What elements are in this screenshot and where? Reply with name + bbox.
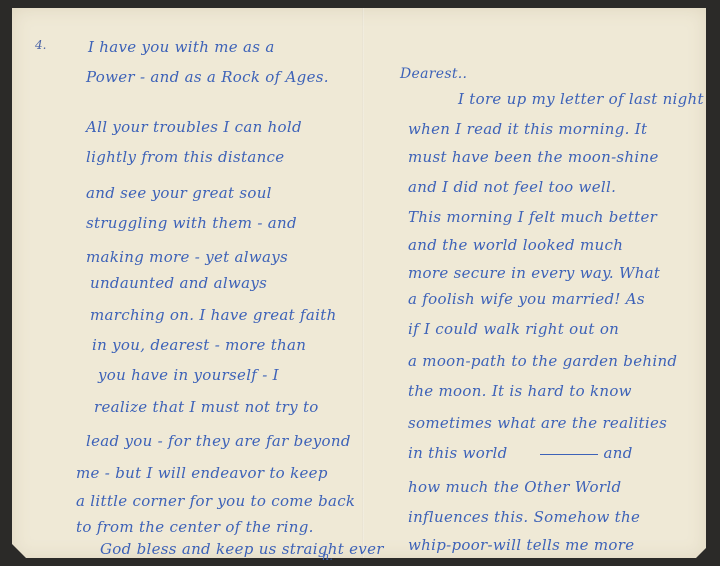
handwritten-line: n. xyxy=(322,550,333,563)
right-page: Dearest.. I tore up my letter of last ni… xyxy=(364,8,706,558)
handwritten-line: to from the center of the ring. xyxy=(76,518,314,536)
handwritten-line: in this worldand xyxy=(408,444,633,462)
handwritten-line: All your troubles I can hold xyxy=(86,118,302,136)
handwritten-line: more secure in every way. What xyxy=(408,264,660,282)
handwritten-line: and the world looked much xyxy=(408,236,623,254)
salutation: Dearest.. xyxy=(400,66,467,82)
handwritten-line: I have you with me as a xyxy=(88,38,275,56)
line-text: in this world xyxy=(408,444,508,462)
handwritten-line: undaunted and always xyxy=(90,274,267,292)
handwritten-line: lightly from this distance xyxy=(86,148,284,166)
handwritten-line: God bless and keep us straight ever xyxy=(100,540,384,558)
handwritten-line: you have in yourself - I xyxy=(98,366,279,384)
handwritten-line: in you, dearest - more than xyxy=(92,336,306,354)
clipped-corner xyxy=(696,548,706,558)
handwritten-line: This morning I felt much better xyxy=(408,208,657,226)
handwritten-line: realize that I must not try to xyxy=(94,398,319,416)
handwritten-line: marching on. I have great faith xyxy=(90,306,337,324)
handwritten-line: the moon. It is hard to know xyxy=(408,382,632,400)
handwritten-line: influences this. Somehow the xyxy=(408,508,640,526)
handwritten-line: and see your great soul xyxy=(86,184,272,202)
handwritten-line: and I did not feel too well. xyxy=(408,178,616,196)
handwritten-line: a little corner for you to come back xyxy=(76,492,355,510)
handwritten-line: making more - yet always xyxy=(86,248,288,266)
handwritten-line: me - but I will endeavor to keep xyxy=(76,464,328,482)
left-page: 4. I have you with me as a Power - and a… xyxy=(12,8,362,558)
handwritten-line: how much the Other World xyxy=(408,478,621,496)
handwritten-line: a moon-path to the garden behind xyxy=(408,352,677,370)
handwritten-line: must have been the moon-shine xyxy=(408,148,659,166)
letter-sheet: 4. I have you with me as a Power - and a… xyxy=(12,8,706,558)
handwritten-line: a foolish wife you married! As xyxy=(408,290,645,308)
handwritten-line: Power - and as a Rock of Ages. xyxy=(86,68,329,86)
handwritten-line: whip-poor-will tells me more xyxy=(408,536,634,554)
handwritten-line: I tore up my letter of last night xyxy=(458,90,704,108)
handwritten-line: when I read it this morning. It xyxy=(408,120,647,138)
page-number: 4. xyxy=(35,38,46,52)
handwritten-line: if I could walk right out on xyxy=(408,320,619,338)
dash-stroke xyxy=(540,454,598,455)
handwritten-line: struggling with them - and xyxy=(86,214,297,232)
handwritten-line: sometimes what are the realities xyxy=(408,414,667,432)
folded-corner xyxy=(12,544,26,558)
handwritten-line: lead you - for they are far beyond xyxy=(86,432,351,450)
line-text: and xyxy=(604,444,633,462)
